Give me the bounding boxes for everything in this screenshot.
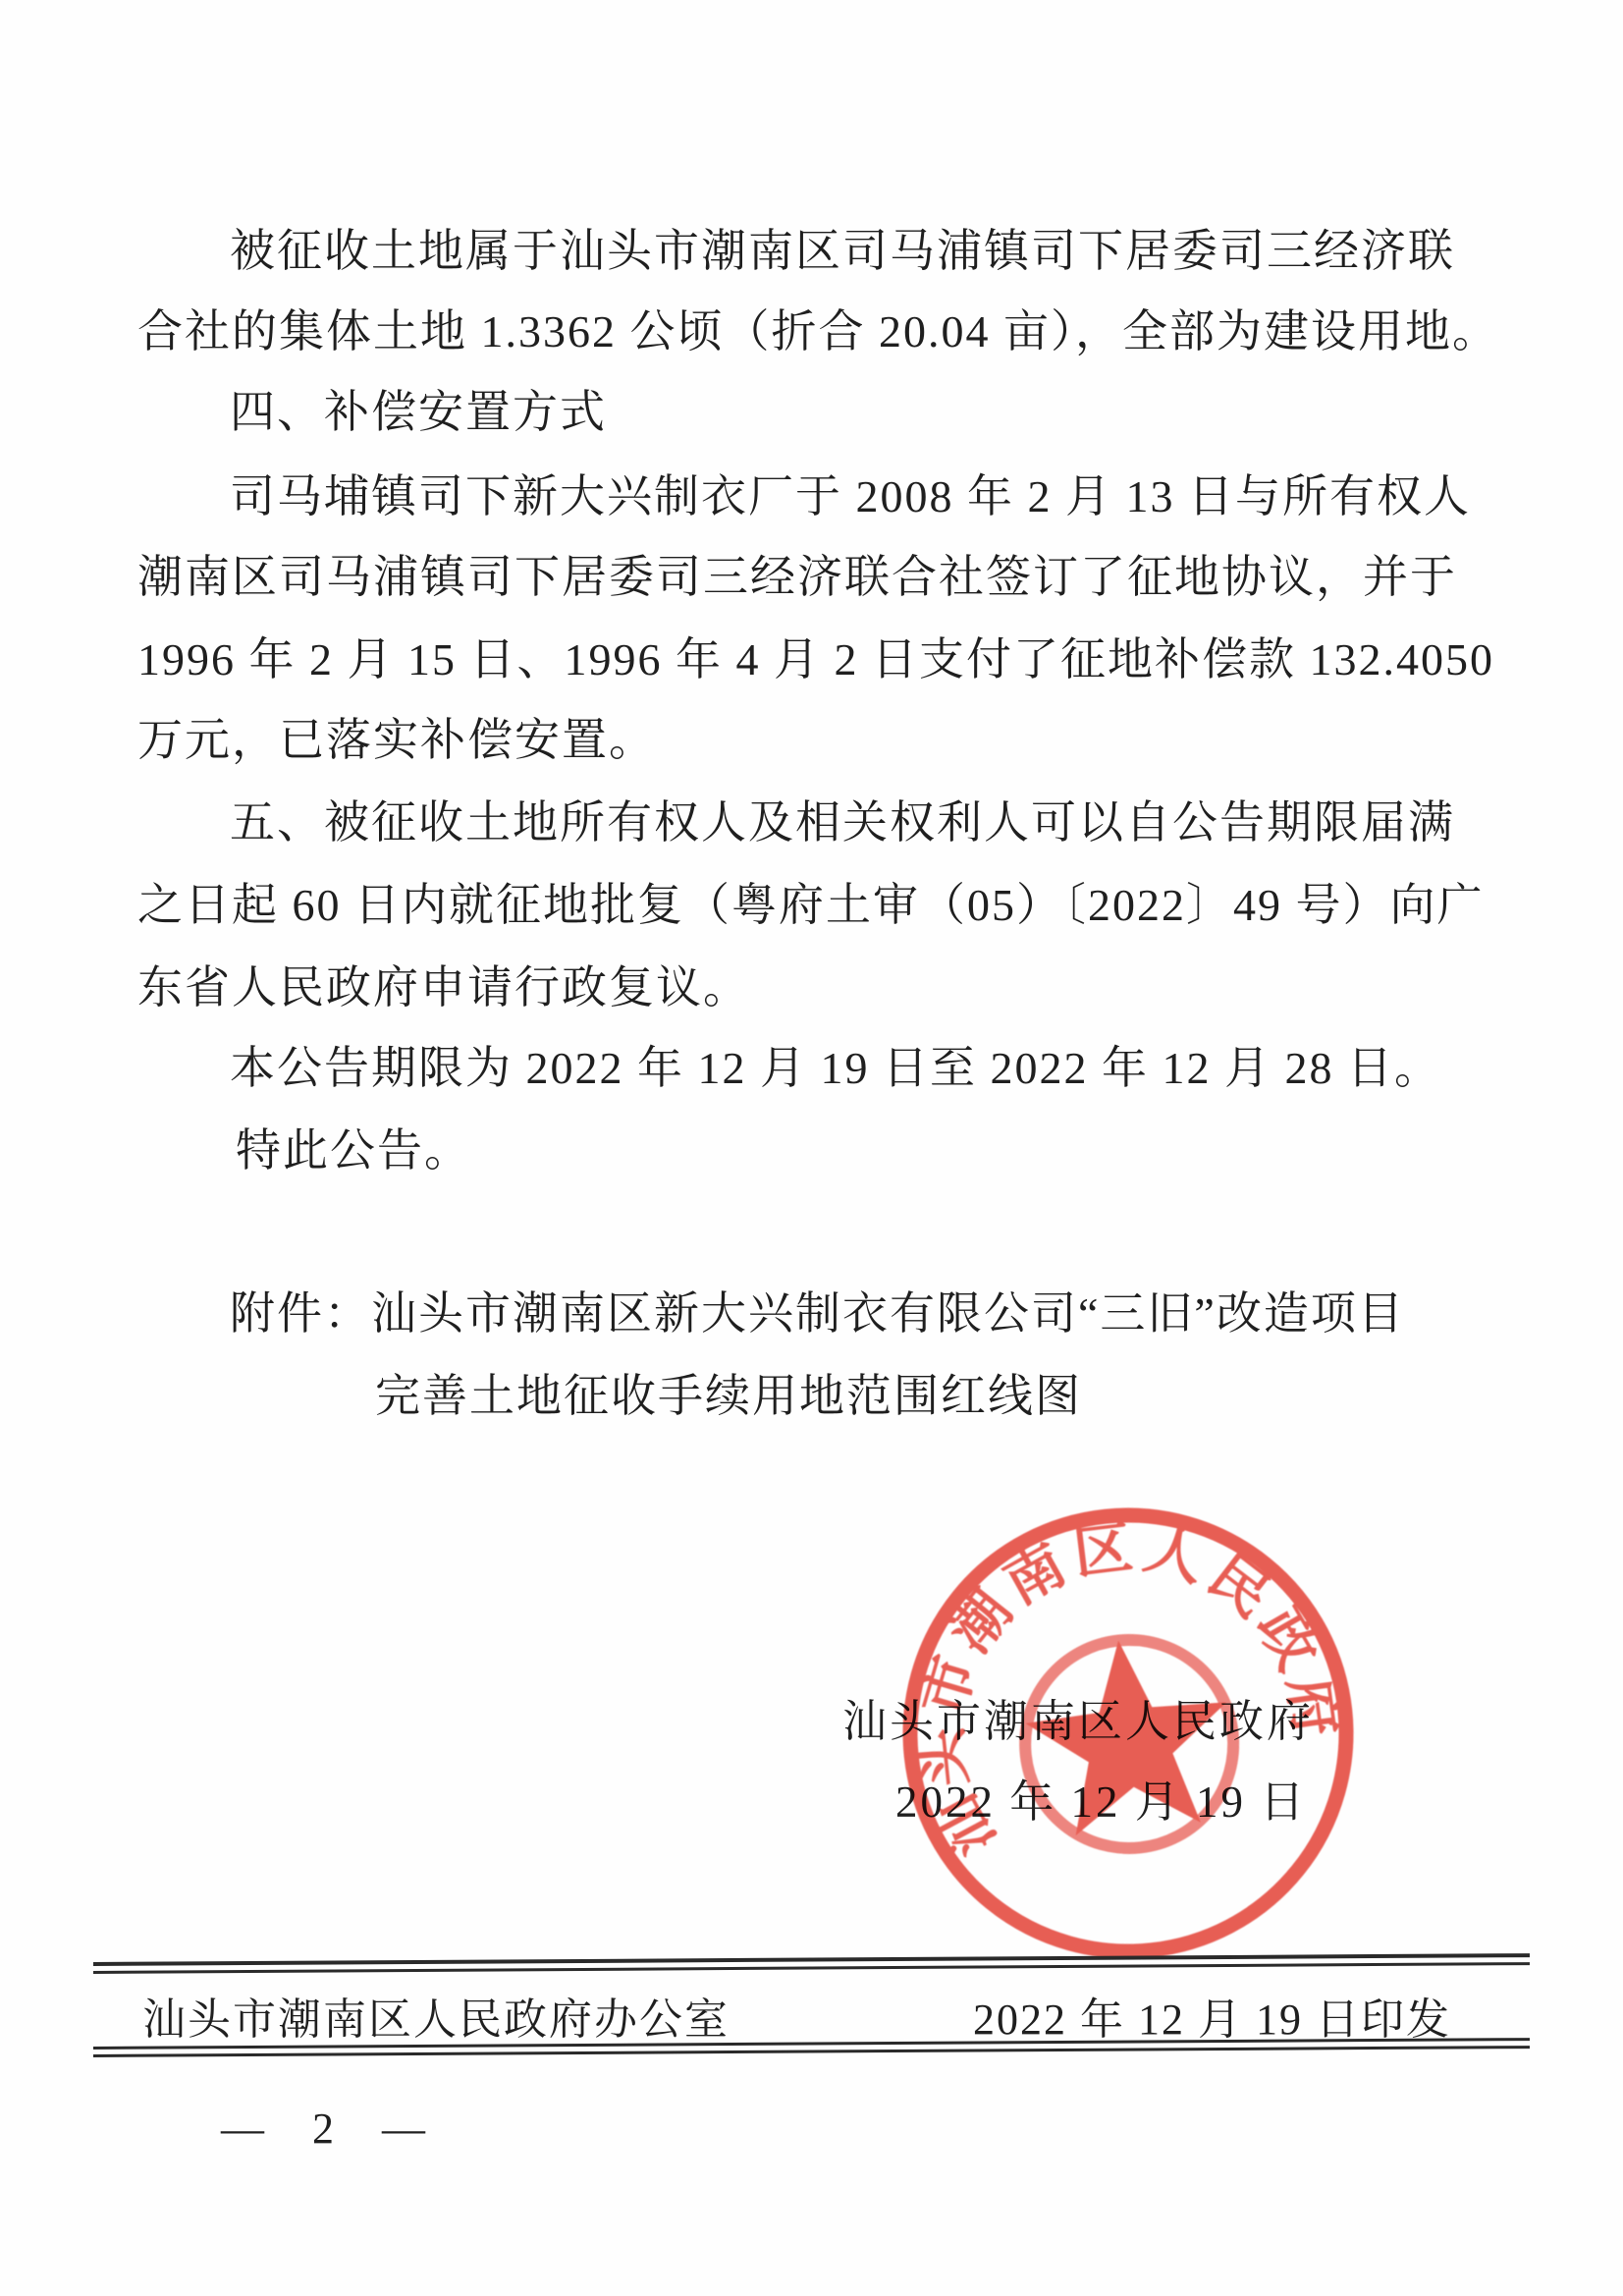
section-heading-4: 四、补偿安置方式 xyxy=(230,385,607,439)
footer-print-date: 2022 年 12 月 19 日印发 xyxy=(973,1984,1451,2047)
body-line: 司马埔镇司下新大兴制衣厂于 2008 年 2 月 13 日与所有权人 xyxy=(230,469,1471,523)
official-seal: 汕头市潮南区人民政府 xyxy=(873,1478,1384,1990)
body-line: 被征收土地属于汕头市潮南区司马浦镇司下居委司三经济联 xyxy=(230,224,1455,278)
closing-line: 特此公告。 xyxy=(236,1123,471,1177)
body-line: 东省人民政府申请行政复议。 xyxy=(137,960,750,1014)
page-number: — 2 — xyxy=(221,2104,429,2154)
body-line: 万元，已落实补偿安置。 xyxy=(137,713,656,767)
scanned-document-page: 被征收土地属于汕头市潮南区司马浦镇司下居委司三经济联 合社的集体土地 1.336… xyxy=(0,0,1623,2296)
notice-period-line: 本公告期限为 2022 年 12 月 19 日至 2022 年 12 月 28 … xyxy=(230,1041,1441,1095)
body-line: 合社的集体土地 1.3362 公顷（折合 20.04 亩），全部为建设用地。 xyxy=(137,304,1499,358)
body-line: 1996 年 2 月 15 日、1996 年 4 月 2 日支付了征地补偿款 1… xyxy=(137,632,1494,686)
attachment-line: 完善土地征收手续用地范围红线图 xyxy=(375,1369,1082,1423)
footer-issuer: 汕头市潮南区人民政府办公室 xyxy=(142,1984,730,2047)
attachment-line: 附件：汕头市潮南区新大兴制衣有限公司“三旧”改造项目 xyxy=(230,1286,1405,1340)
section-heading-5: 五、被征收土地所有权人及相关权利人可以自公告期限届满 xyxy=(230,795,1455,849)
body-line: 潮南区司马浦镇司下居委司三经济联合社签订了征地协议，并于 xyxy=(137,550,1457,604)
body-line: 之日起 60 日内就征地批复（粤府土审（05）〔2022〕49 号）向广 xyxy=(137,878,1485,932)
